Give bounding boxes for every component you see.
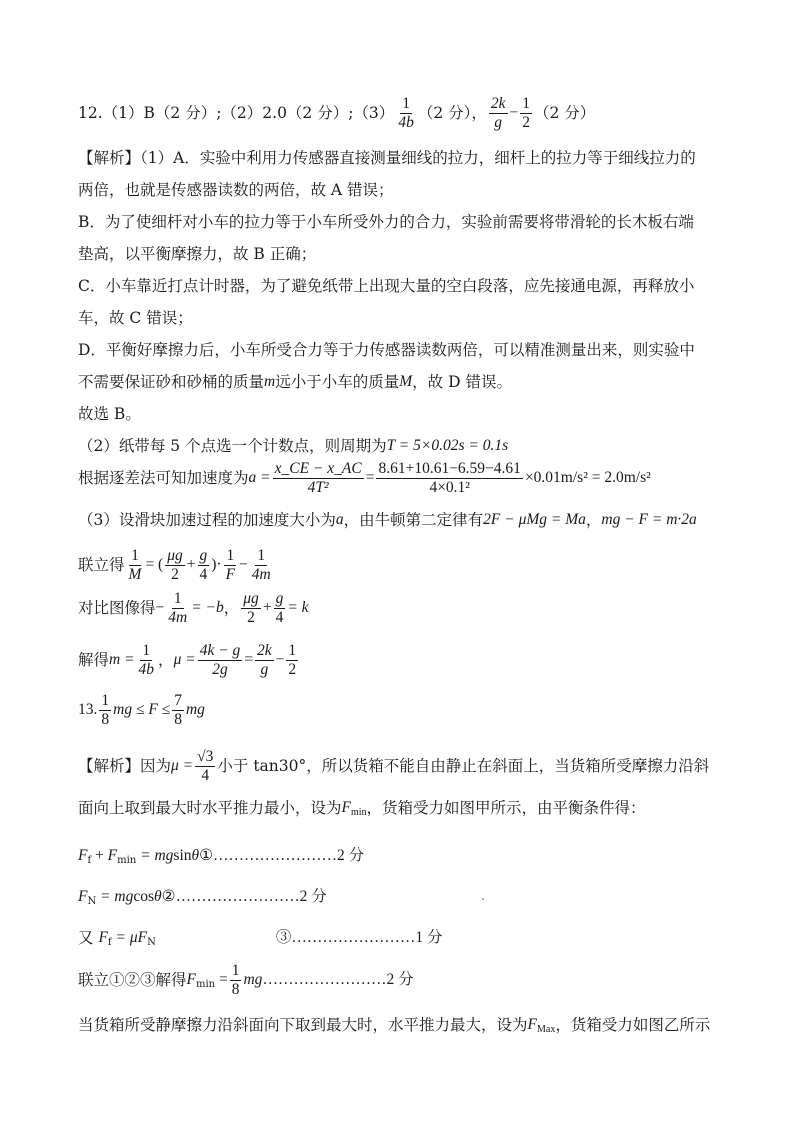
q12-analysis-line-4: 垫高，以平衡摩擦力，故 B 正确； [78,244,316,264]
q13-equation-4: 联立①②③解得 Fmin = 18 mg ……………………2 分 [78,960,414,1000]
q12-analysis-line-3: B．为了使细杆对小车的拉力等于小车所受外力的合力，实验前需要将带滑轮的长木板右端 [78,212,694,232]
q13-equation-3: 又 Ff = μFN ③……………………1 分 [78,928,442,948]
q12-analysis-line-6: 车，故 C 错误； [78,308,193,328]
q12-compare-graph: 对比图像得 − 14m = −b， μg2 + g4 = k [78,588,309,628]
q13-equation-2: FN = mgcosθ② ……………………2 分 [78,887,327,907]
q12-analysis-line-1: 【解析】（1）A．实验中利用力传感器直接测量细线的拉力，细杆上的拉力等于细线拉力… [78,148,696,168]
q13-answer: 13. 18 mg ≤ F ≤ 78 mg [78,690,205,730]
q12-part2-acceleration: 根据逐差法可知加速度为 a = x_CE − x_AC 4T² = 8.61+1… [78,458,651,498]
q12-ans3b-fraction: 2k g [489,95,508,132]
q12-answer: 12.（1）B（2 分）;（2）2.0（2 分）;（3） 1 4b （2 分），… [78,93,595,133]
q12-analysis-line-8: 不需要保证砂和砂桶的质量 m 远小于小车的质量 M ，故 D 错误。 [78,372,512,392]
q12-analysis-line-7: D．平衡好摩擦力后，小车所受合力等于力传感器读数两倍，可以精准测量出来，则实验中 [78,340,695,360]
q13-analysis-line-1: 【解析】因为 μ = √34 小于 tan30°，所以货箱不能自由静止在斜面上，… [78,744,709,788]
q12-ans3b-half: 1 2 [520,95,532,132]
q13-equation-1: Ff + Fmin = mgsinθ① ……………………2 分 [78,846,364,866]
q12-combined-equation: 联立得 1M = ( μg2 + g4 )· 1F − 14m [78,545,275,585]
q13-analysis-last-line: 当货箱所受静摩擦力沿斜面向下取到最大时，水平推力最大，设为 FMax ，货箱受力… [78,1015,710,1035]
q12-conclusion: 故选 B。 [78,404,141,424]
q12-ans3a-fraction: 1 4b [396,95,416,132]
q12-answer-prefix: 12.（1）B（2 分）;（2）2.0（2 分）;（3） [78,103,394,123]
q12-analysis-line-2: 两倍，也就是传感器读数的两倍，故 A 错误； [78,180,394,200]
q12-analysis-line-5: C．小车靠近打点计时器，为了避免纸带上出现大量的空白段落，应先接通电源，再释放小 [78,276,694,296]
q13-analysis-line-2: 面向上取到最大时水平推力最小，设为 Fmin ，货箱受力如图甲所示，由平衡条件得… [78,798,646,818]
q12-part3-newton: （3）设滑块加速过程的加速度大小为 a ，由牛顿第二定律有 2F − μMg =… [78,510,697,530]
q12-solution: 解得 m = 14b ， μ = 4k − g2g = 2kg − 12 [78,640,300,680]
acc-fraction-1: x_CE − x_AC 4T² [273,460,364,497]
acc-fraction-2: 8.61+10.61−6.59−4.61 4×0.1² [376,460,522,497]
q12-part2-period: （2）纸带每 5 个点选一个计数点，则周期为 T = 5×0.02s = 0.1… [78,436,508,456]
stray-dot [482,898,484,900]
